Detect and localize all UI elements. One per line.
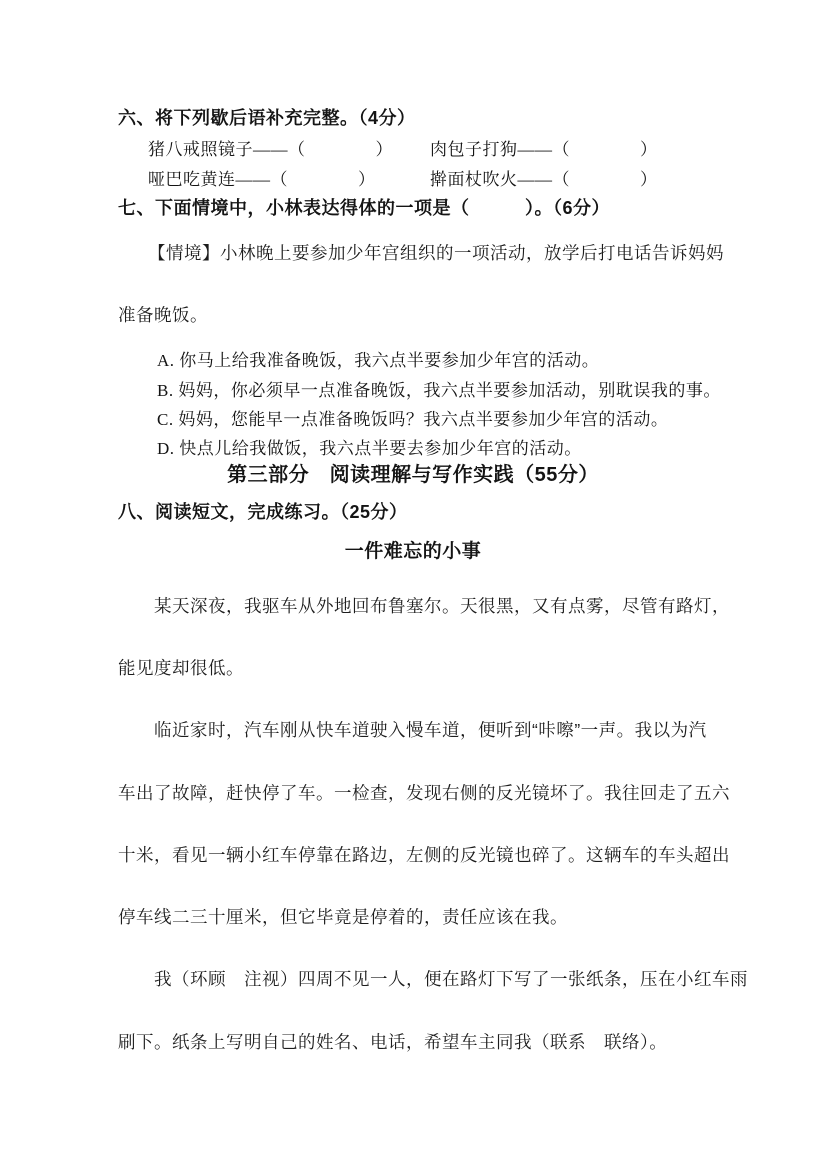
scenario-line-1: 【情境】小林晚上要参加少年宫组织的一项活动，放学后打电话告诉妈妈 [148, 243, 724, 265]
question7-heading: 七、下面情境中，小林表达得体的一项是（ ）。（6分） [118, 197, 610, 220]
option-c: C. 妈妈，您能早一点准备晚饭吗？我六点半要参加少年宫的活动。 [157, 409, 668, 430]
question8-heading: 八、阅读短文，完成练习。（25分） [118, 501, 408, 524]
passage-line-7: 我（环顾 注视）四周不见一人，便在路灯下写了一张纸条，压在小红车雨 [118, 969, 748, 991]
passage-line-2: 能见度却很低。 [118, 658, 244, 680]
question6-heading: 六、将下列歇后语补充完整。（4分） [118, 107, 416, 130]
xiehouyu-row2-right: 擀面杖吹火——（ ） [430, 169, 658, 190]
option-b: B. 妈妈，你必须早一点准备晚饭，我六点半要参加活动，别耽误我的事。 [157, 380, 721, 401]
passage-line-6: 停车线二三十厘米，但它毕竟是停着的，责任应该在我。 [118, 907, 568, 929]
passage-line-3: 临近家时，汽车刚从快车道驶入慢车道，便听到“咔嚓”一声。我以为汽 [118, 720, 707, 742]
xiehouyu-row2-left: 哑巴吃黄连——（ ） [148, 169, 376, 190]
exam-paper-page: 六、将下列歇后语补充完整。（4分） 猪八戒照镜子——（ ） 肉包子打狗——（ ）… [0, 0, 826, 1169]
option-d: D. 快点儿给我做饭，我六点半要去参加少年宫的活动。 [157, 438, 582, 459]
passage-title: 一件难忘的小事 [0, 540, 826, 564]
xiehouyu-row1-left: 猪八戒照镜子——（ ） [148, 139, 393, 160]
passage-line-1: 某天深夜，我驱车从外地回布鲁塞尔。天很黑，又有点雾，尽管有路灯， [118, 596, 730, 618]
passage-line-8: 刷下。纸条上写明自己的姓名、电话，希望车主同我（联系 联络）。 [118, 1032, 667, 1054]
passage-line-4: 车出了故障，赶快停了车。一检查，发现右侧的反光镜坏了。我往回走了五六 [118, 783, 730, 805]
part3-section-heading: 第三部分 阅读理解与写作实践（55分） [0, 463, 826, 488]
passage-line-5: 十米，看见一辆小红车停靠在路边，左侧的反光镜也碎了。这辆车的车头超出 [118, 845, 730, 867]
option-a: A. 你马上给我准备晚饭，我六点半要参加少年宫的活动。 [157, 350, 599, 371]
xiehouyu-row1-right: 肉包子打狗——（ ） [430, 139, 658, 160]
scenario-line-2: 准备晚饭。 [118, 305, 208, 327]
